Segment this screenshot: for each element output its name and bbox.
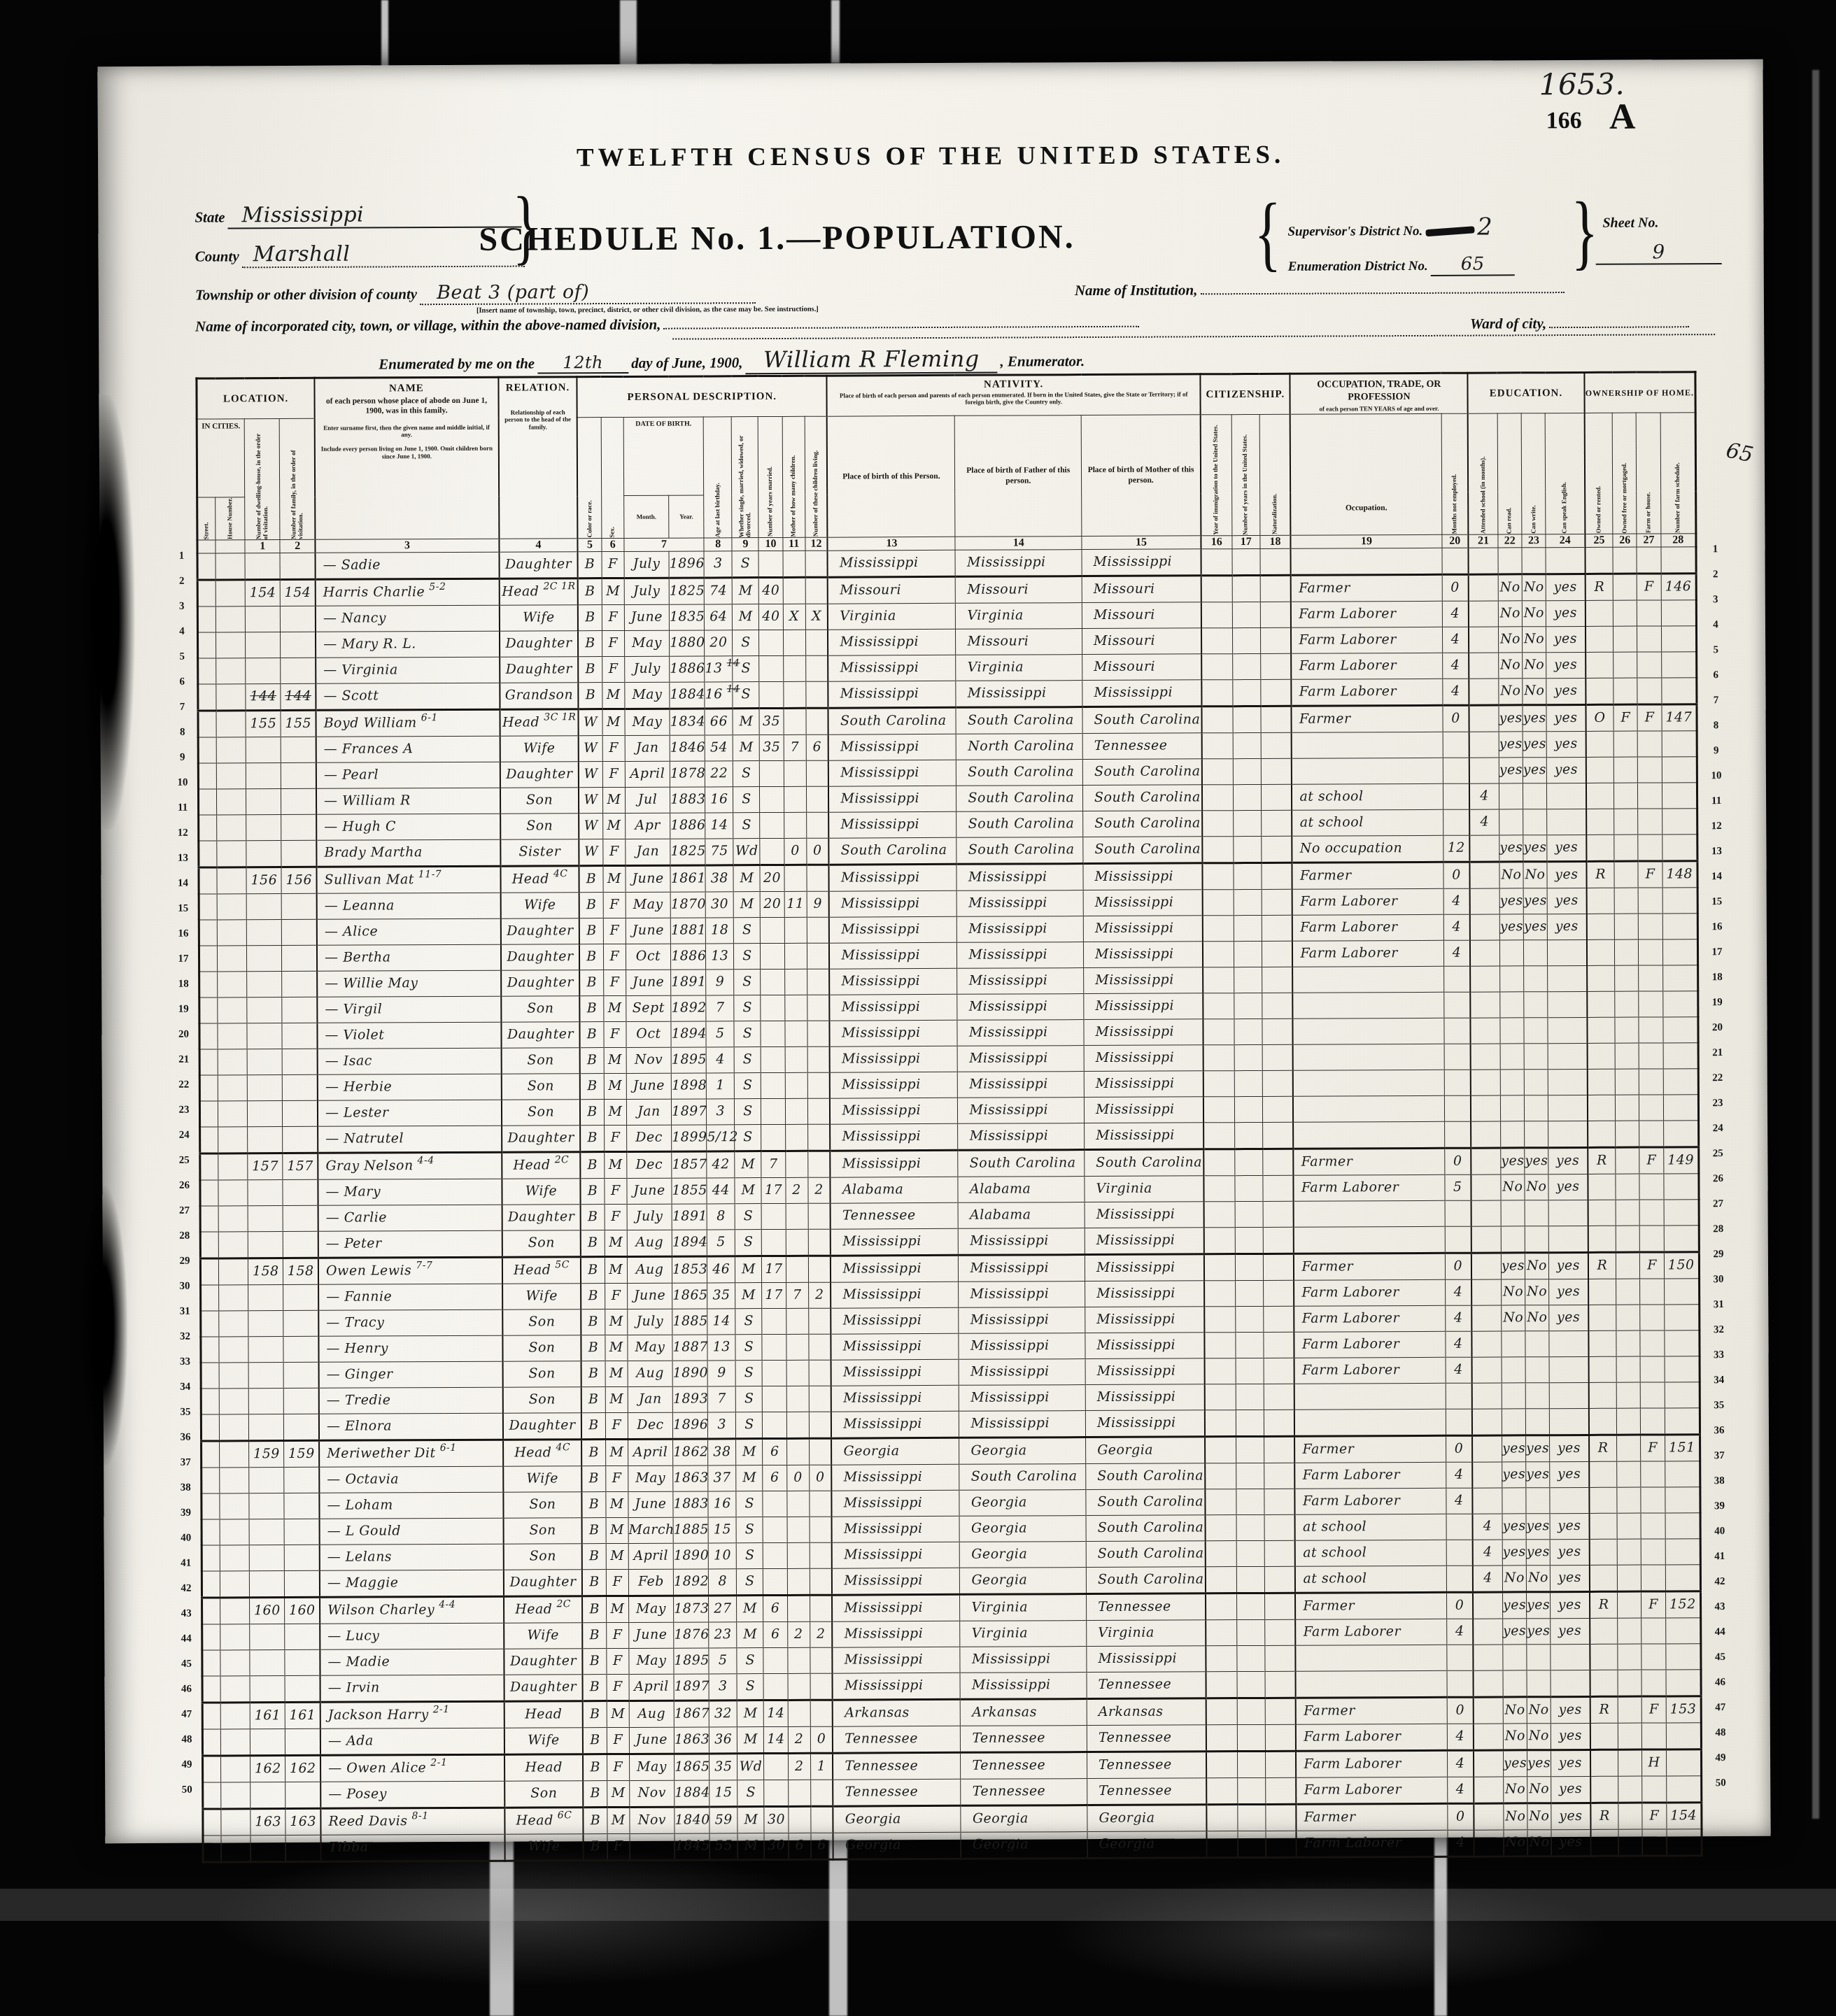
farm-schedule-number	[1664, 1199, 1700, 1225]
birthplace: Mississippi	[828, 629, 956, 655]
mother-birthplace: Virginia	[1085, 1176, 1204, 1202]
row-number: 37	[174, 1450, 197, 1475]
family-number	[281, 788, 316, 814]
row-number: 7	[170, 695, 194, 720]
years-in-us	[1232, 679, 1260, 706]
farm-or-house	[1640, 1279, 1664, 1305]
occupation: Farmer	[1296, 1697, 1447, 1724]
naturalization	[1262, 1044, 1293, 1070]
naturalization	[1264, 1619, 1295, 1645]
can-read: No	[1501, 1174, 1525, 1200]
owned-or-rented	[1590, 1618, 1618, 1644]
birth-year: 1835	[669, 604, 704, 630]
family-number: 163	[285, 1808, 320, 1835]
naturalization	[1260, 602, 1291, 627]
birth-year: 1870	[670, 892, 705, 918]
house-number	[218, 1126, 248, 1153]
row-number: 39	[174, 1500, 197, 1526]
dwelling-number	[248, 1100, 283, 1126]
birth-month: June	[626, 970, 671, 995]
birth-month: Dec	[628, 1412, 672, 1439]
can-speak-english: yes	[1551, 1776, 1590, 1803]
sex: M	[607, 1701, 629, 1727]
can-speak-english-header: Can speak English.	[1545, 413, 1585, 534]
row-number: 33	[1707, 1342, 1730, 1368]
owned-or-rented	[1590, 1749, 1618, 1776]
attended-school	[1469, 548, 1498, 574]
dwelling-number	[246, 840, 281, 867]
months-not-employed: 4	[1443, 888, 1470, 914]
family-number	[284, 1519, 319, 1545]
brace: }	[1571, 199, 1598, 266]
house-number	[217, 893, 246, 919]
months-not-employed: 4	[1442, 679, 1469, 705]
page-number: 166	[1546, 108, 1582, 134]
immigration-year	[1202, 784, 1233, 810]
row-number: 40	[1708, 1519, 1732, 1544]
can-speak-english: yes	[1547, 888, 1586, 914]
can-speak-english: yes	[1546, 704, 1586, 731]
can-read: No	[1503, 1697, 1527, 1724]
naturalization	[1262, 993, 1293, 1018]
farm-or-house: H	[1642, 1749, 1666, 1776]
occupation: Farm Laborer	[1292, 679, 1443, 706]
relation: Daughter	[501, 1021, 580, 1047]
family-number	[283, 1362, 318, 1388]
farm-schedule-number	[1663, 1094, 1699, 1120]
can-speak-english: yes	[1551, 1618, 1590, 1644]
house-number	[218, 1179, 248, 1205]
name: — Tredie	[319, 1387, 503, 1414]
can-write: No	[1525, 1252, 1548, 1279]
immigration-year	[1203, 941, 1234, 967]
pob-father-header: Place of birth of Father of this person.	[955, 416, 1082, 537]
family-number	[281, 893, 316, 919]
row-number: 20	[1705, 1015, 1729, 1040]
family-number	[283, 1310, 318, 1336]
family-number-header: Number of family, in the order of visita…	[280, 418, 316, 539]
name: — Madie	[320, 1649, 504, 1675]
row-number: 16	[171, 921, 195, 946]
color-race: B	[580, 1125, 604, 1151]
birth-month	[630, 1833, 675, 1860]
months-not-employed	[1446, 1409, 1472, 1435]
farm-schedule-number	[1663, 1120, 1699, 1147]
attended-school	[1474, 1645, 1503, 1670]
attended-school	[1473, 1488, 1502, 1514]
attended-school	[1472, 1383, 1502, 1409]
immigration-year	[1201, 627, 1232, 653]
farm-schedule-number	[1662, 965, 1698, 991]
years-married	[761, 943, 784, 969]
family-number	[283, 1336, 318, 1362]
row-number: 26	[172, 1173, 196, 1198]
attended-school	[1471, 1070, 1500, 1095]
sex: F	[603, 944, 626, 970]
street	[199, 946, 217, 972]
years-married	[762, 1203, 786, 1229]
years-married	[758, 551, 782, 577]
house-number	[220, 1519, 249, 1545]
birthplace: Mississippi	[831, 1150, 959, 1177]
attended-school	[1470, 992, 1499, 1018]
owned-or-rented	[1589, 1513, 1617, 1539]
owned-free-or-mortgaged	[1617, 1461, 1641, 1487]
years-married	[761, 1046, 785, 1072]
years-married: 17	[762, 1282, 786, 1308]
street	[202, 1650, 220, 1676]
immigration-year	[1203, 1149, 1234, 1175]
street	[202, 1598, 220, 1624]
mother-of-children	[786, 1308, 808, 1334]
immigration-year	[1206, 1724, 1237, 1751]
can-read	[1500, 1095, 1524, 1121]
can-write: yes	[1523, 914, 1547, 939]
owned-free-or-mortgaged	[1614, 757, 1638, 783]
attended-school	[1472, 1357, 1502, 1383]
birth-year: 1834	[670, 709, 705, 735]
attended-school	[1470, 940, 1499, 966]
occupation: Farm Laborer	[1295, 1462, 1446, 1489]
can-read: No	[1499, 679, 1523, 705]
county-line: County Marshall	[195, 241, 525, 269]
age: 16	[705, 786, 733, 812]
birth-year: 1867	[674, 1701, 709, 1727]
mother-of-children	[785, 1098, 807, 1124]
owned-or-rented	[1587, 1069, 1615, 1095]
occupation-header: OCCUPATION, TRADE, OR PROFESSION of each…	[1290, 373, 1468, 414]
sex: F	[605, 1178, 627, 1204]
owned-free-or-mortgaged	[1613, 600, 1637, 626]
months-not-employed	[1443, 758, 1469, 783]
can-read	[1498, 548, 1522, 574]
occupation	[1293, 1018, 1444, 1044]
age: 16	[708, 1491, 736, 1517]
row-number: 13	[1704, 839, 1728, 864]
immigration-year	[1204, 1227, 1235, 1254]
owned-free-or-mortgaged	[1618, 1696, 1641, 1723]
birth-month: Aug	[628, 1361, 672, 1386]
years-married	[761, 995, 784, 1021]
months-not-employed: 4	[1443, 940, 1470, 966]
family-number	[283, 1284, 318, 1310]
naturalization	[1264, 1384, 1294, 1410]
farm-schedule-number	[1666, 1749, 1702, 1775]
naturalization	[1260, 548, 1291, 575]
children-living	[807, 917, 829, 943]
age: 3	[708, 1412, 736, 1438]
ownership-header: OWNERSHIP OF HOME.	[1584, 372, 1695, 413]
years-married	[764, 1753, 788, 1780]
in-cities-header: IN CITIES.	[197, 419, 245, 497]
can-write: No	[1526, 1565, 1550, 1591]
attended-school	[1472, 1409, 1502, 1435]
can-read	[1501, 1226, 1525, 1253]
father-birthplace: South Carolina	[959, 1463, 1086, 1490]
name: Boyd William6-1	[316, 709, 500, 737]
dwelling-number	[246, 737, 281, 762]
can-write: No	[1527, 1723, 1551, 1749]
months-not-employed: 4	[1447, 1750, 1474, 1777]
row-number: 32	[1707, 1317, 1730, 1342]
row-number: 27	[1707, 1191, 1730, 1216]
immigration-year	[1204, 1201, 1235, 1227]
immigration-year	[1203, 967, 1234, 993]
relation: Daughter	[501, 918, 580, 944]
house-number	[221, 1782, 250, 1808]
color-race: B	[579, 970, 603, 995]
color-race: B	[579, 944, 603, 970]
mother-birthplace: Mississippi	[1084, 1097, 1203, 1123]
township-line: Township or other division of county Bea…	[195, 281, 756, 306]
row-number: 8	[171, 720, 195, 745]
farm-or-house: F	[1638, 861, 1662, 888]
immigration-year	[1206, 1566, 1236, 1593]
relation-header: RELATION. Relationship of each person to…	[498, 377, 577, 539]
birth-month: Feb	[628, 1569, 673, 1596]
sex: F	[606, 1465, 628, 1491]
naturalization	[1263, 1201, 1294, 1227]
dwelling-number: 160	[250, 1597, 285, 1624]
color-header: Color or race.	[577, 418, 602, 539]
name: — Frances A	[316, 736, 500, 762]
naturalization	[1265, 1751, 1296, 1777]
relation: Daughter	[501, 970, 580, 995]
father-birthplace: Missouri	[956, 576, 1082, 603]
children-living	[805, 655, 828, 681]
mother-of-children	[785, 1046, 807, 1072]
name: — Irvin	[320, 1675, 504, 1702]
occupation: Farm Laborer	[1294, 1305, 1446, 1332]
naturalization	[1264, 1358, 1294, 1384]
children-living	[808, 1203, 831, 1229]
relation: Daughter	[502, 1204, 581, 1230]
age: 7	[707, 1386, 735, 1412]
owned-free-or-mortgaged	[1617, 1408, 1641, 1435]
street	[199, 867, 217, 894]
row-number: 24	[172, 1123, 196, 1148]
mother-of-children	[783, 630, 805, 655]
naturalization	[1264, 1410, 1294, 1436]
can-speak-english	[1549, 1408, 1588, 1435]
row-number: 1	[169, 544, 193, 569]
can-write	[1526, 1487, 1550, 1513]
naturalization	[1264, 1463, 1295, 1489]
years-in-us	[1234, 993, 1262, 1018]
can-read	[1499, 783, 1523, 809]
street	[201, 1414, 219, 1441]
birthplace: Mississippi	[831, 1333, 959, 1360]
attended-school	[1469, 601, 1498, 627]
years-married	[761, 1072, 785, 1098]
birthplace: Mississippi	[829, 864, 957, 891]
can-write	[1527, 1644, 1551, 1670]
occupation: at school	[1295, 1540, 1446, 1566]
can-write	[1524, 965, 1548, 991]
father-birthplace: Mississippi	[960, 1646, 1087, 1673]
street	[198, 711, 216, 737]
can-write: No	[1525, 1174, 1548, 1200]
sex: M	[605, 1151, 627, 1178]
street	[203, 1809, 221, 1836]
children-living	[807, 865, 829, 891]
sex: F	[603, 918, 626, 944]
naturalization	[1265, 1645, 1296, 1671]
months-not-employed	[1444, 1095, 1471, 1121]
father-birthplace: Mississippi	[959, 1281, 1085, 1307]
can-speak-english	[1548, 1121, 1588, 1147]
farm-schedule-number	[1662, 887, 1698, 913]
children-living	[806, 786, 828, 812]
mother-of-children	[786, 1256, 808, 1282]
farm-or-house	[1638, 835, 1662, 861]
house-number	[218, 971, 247, 997]
owned-free-or-mortgaged	[1615, 965, 1639, 991]
mother-birthplace: Tennessee	[1087, 1778, 1207, 1805]
father-birthplace: Mississippi	[958, 1123, 1085, 1150]
row-number: 7	[1704, 688, 1728, 713]
name: — Herbie	[318, 1074, 502, 1100]
owned-free-or-mortgaged	[1615, 1043, 1639, 1069]
years-married: 20	[760, 865, 784, 891]
street	[197, 632, 216, 658]
birthplace: Mississippi	[831, 1255, 959, 1282]
owned-free-or-mortgaged: F	[1613, 704, 1637, 731]
name: — Tracy	[318, 1309, 502, 1336]
can-speak-english: yes	[1551, 1591, 1590, 1618]
attended-school	[1474, 1750, 1503, 1777]
farm-or-house: F	[1641, 1591, 1665, 1618]
mother-birthplace: Missouri	[1082, 654, 1202, 681]
father-birthplace: Georgia	[961, 1805, 1087, 1832]
row-number: 48	[1709, 1720, 1732, 1745]
sex: F	[605, 1412, 628, 1439]
can-speak-english: yes	[1548, 1147, 1588, 1174]
age: 15	[708, 1517, 736, 1542]
children-living	[805, 630, 828, 655]
children-living	[810, 1595, 832, 1621]
row-number: 4	[170, 619, 194, 644]
birth-month: Jan	[626, 839, 670, 865]
age: 15	[709, 1780, 737, 1806]
can-read: yes	[1499, 835, 1523, 862]
relation: Son	[500, 813, 579, 839]
years-in-us	[1234, 1122, 1262, 1149]
farm-or-house	[1639, 965, 1662, 991]
can-read: yes	[1499, 758, 1523, 783]
attended-school	[1473, 1619, 1502, 1645]
can-write	[1525, 1226, 1548, 1252]
age: 35	[707, 1282, 735, 1308]
children-living	[807, 943, 829, 969]
marital-status: S	[734, 1021, 761, 1046]
marital-status: Wd	[737, 1753, 764, 1780]
census-page: 1653. 166 A TWELFTH CENSUS OF THE UNITED…	[97, 59, 1770, 1843]
mother-of-children: 6	[789, 1833, 811, 1859]
row-number: 14	[1704, 864, 1728, 889]
immigration-year	[1201, 548, 1232, 575]
mother-birthplace: Mississippi	[1083, 890, 1203, 916]
color-race: W	[579, 787, 602, 813]
house-number	[216, 710, 246, 737]
house-number	[216, 737, 246, 762]
row-number: 23	[172, 1098, 196, 1123]
months-not-employed: 4	[1442, 601, 1469, 627]
owned-free-or-mortgaged	[1617, 1435, 1641, 1461]
birth-month: July	[625, 656, 670, 682]
farm-or-house	[1638, 809, 1662, 835]
months-not-employed: 12	[1443, 835, 1469, 862]
farm-or-house: F	[1642, 1803, 1666, 1829]
can-read: yes	[1499, 888, 1523, 914]
can-read	[1502, 1357, 1525, 1383]
attended-school	[1474, 1697, 1503, 1724]
color-race: B	[581, 1439, 605, 1465]
relation: Wife	[504, 1727, 584, 1754]
color-race: B	[583, 1648, 607, 1674]
naturalization	[1260, 653, 1291, 679]
months-not-employed	[1443, 966, 1470, 992]
age: 27	[709, 1595, 737, 1621]
months-not-employed	[1446, 1540, 1473, 1566]
family-number	[282, 945, 317, 971]
name: Wilson Charley4-4	[320, 1596, 504, 1624]
years-in-us	[1236, 1410, 1264, 1436]
census-table: LOCATION. NAME of each person whose plac…	[195, 371, 1702, 1863]
mother-birthplace: Missouri	[1082, 576, 1201, 603]
marital-status: S	[737, 1647, 763, 1673]
occupation	[1291, 548, 1442, 575]
years-in-us	[1237, 1751, 1265, 1777]
name: — Loham	[319, 1492, 503, 1519]
table-row: TibbaWifeBF184555M3066GeorgiaGeorgiaGeor…	[203, 1829, 1702, 1861]
row-number: 45	[174, 1652, 198, 1677]
mother-birthplace: Mississippi	[1085, 1333, 1205, 1359]
children-living	[805, 681, 828, 708]
farm-schedule-number	[1661, 625, 1697, 651]
attended-school	[1471, 1044, 1500, 1070]
family-number	[284, 1388, 319, 1414]
owned-or-rented	[1587, 1043, 1615, 1069]
family-number	[283, 1074, 318, 1100]
children-living: 9	[807, 891, 829, 917]
age: 18	[706, 917, 734, 943]
family-number: 155	[281, 710, 316, 737]
months-not-employed	[1443, 809, 1469, 835]
can-write	[1524, 1043, 1548, 1069]
owned-or-rented	[1588, 1356, 1616, 1382]
attended-school	[1472, 1435, 1502, 1462]
name-header: NAME of each person whose place of abode…	[314, 377, 499, 539]
row-number: 25	[1706, 1141, 1730, 1166]
sex: F	[606, 1622, 628, 1648]
can-write: No	[1527, 1696, 1551, 1723]
can-read: No	[1503, 1724, 1527, 1750]
farm-or-house: F	[1642, 1696, 1666, 1723]
birth-year: 1897	[674, 1674, 709, 1701]
row-number: 34	[174, 1375, 197, 1400]
relation: Sister	[500, 839, 579, 865]
sex: M	[602, 682, 625, 709]
owned-or-rented	[1587, 965, 1615, 991]
name: — Posey	[320, 1781, 504, 1808]
house-number	[217, 840, 246, 867]
children-living	[807, 1098, 830, 1124]
birth-year: 1845	[675, 1833, 709, 1860]
naturalization	[1262, 1070, 1293, 1096]
children-living	[807, 1046, 830, 1072]
immigration-year	[1206, 1698, 1237, 1724]
